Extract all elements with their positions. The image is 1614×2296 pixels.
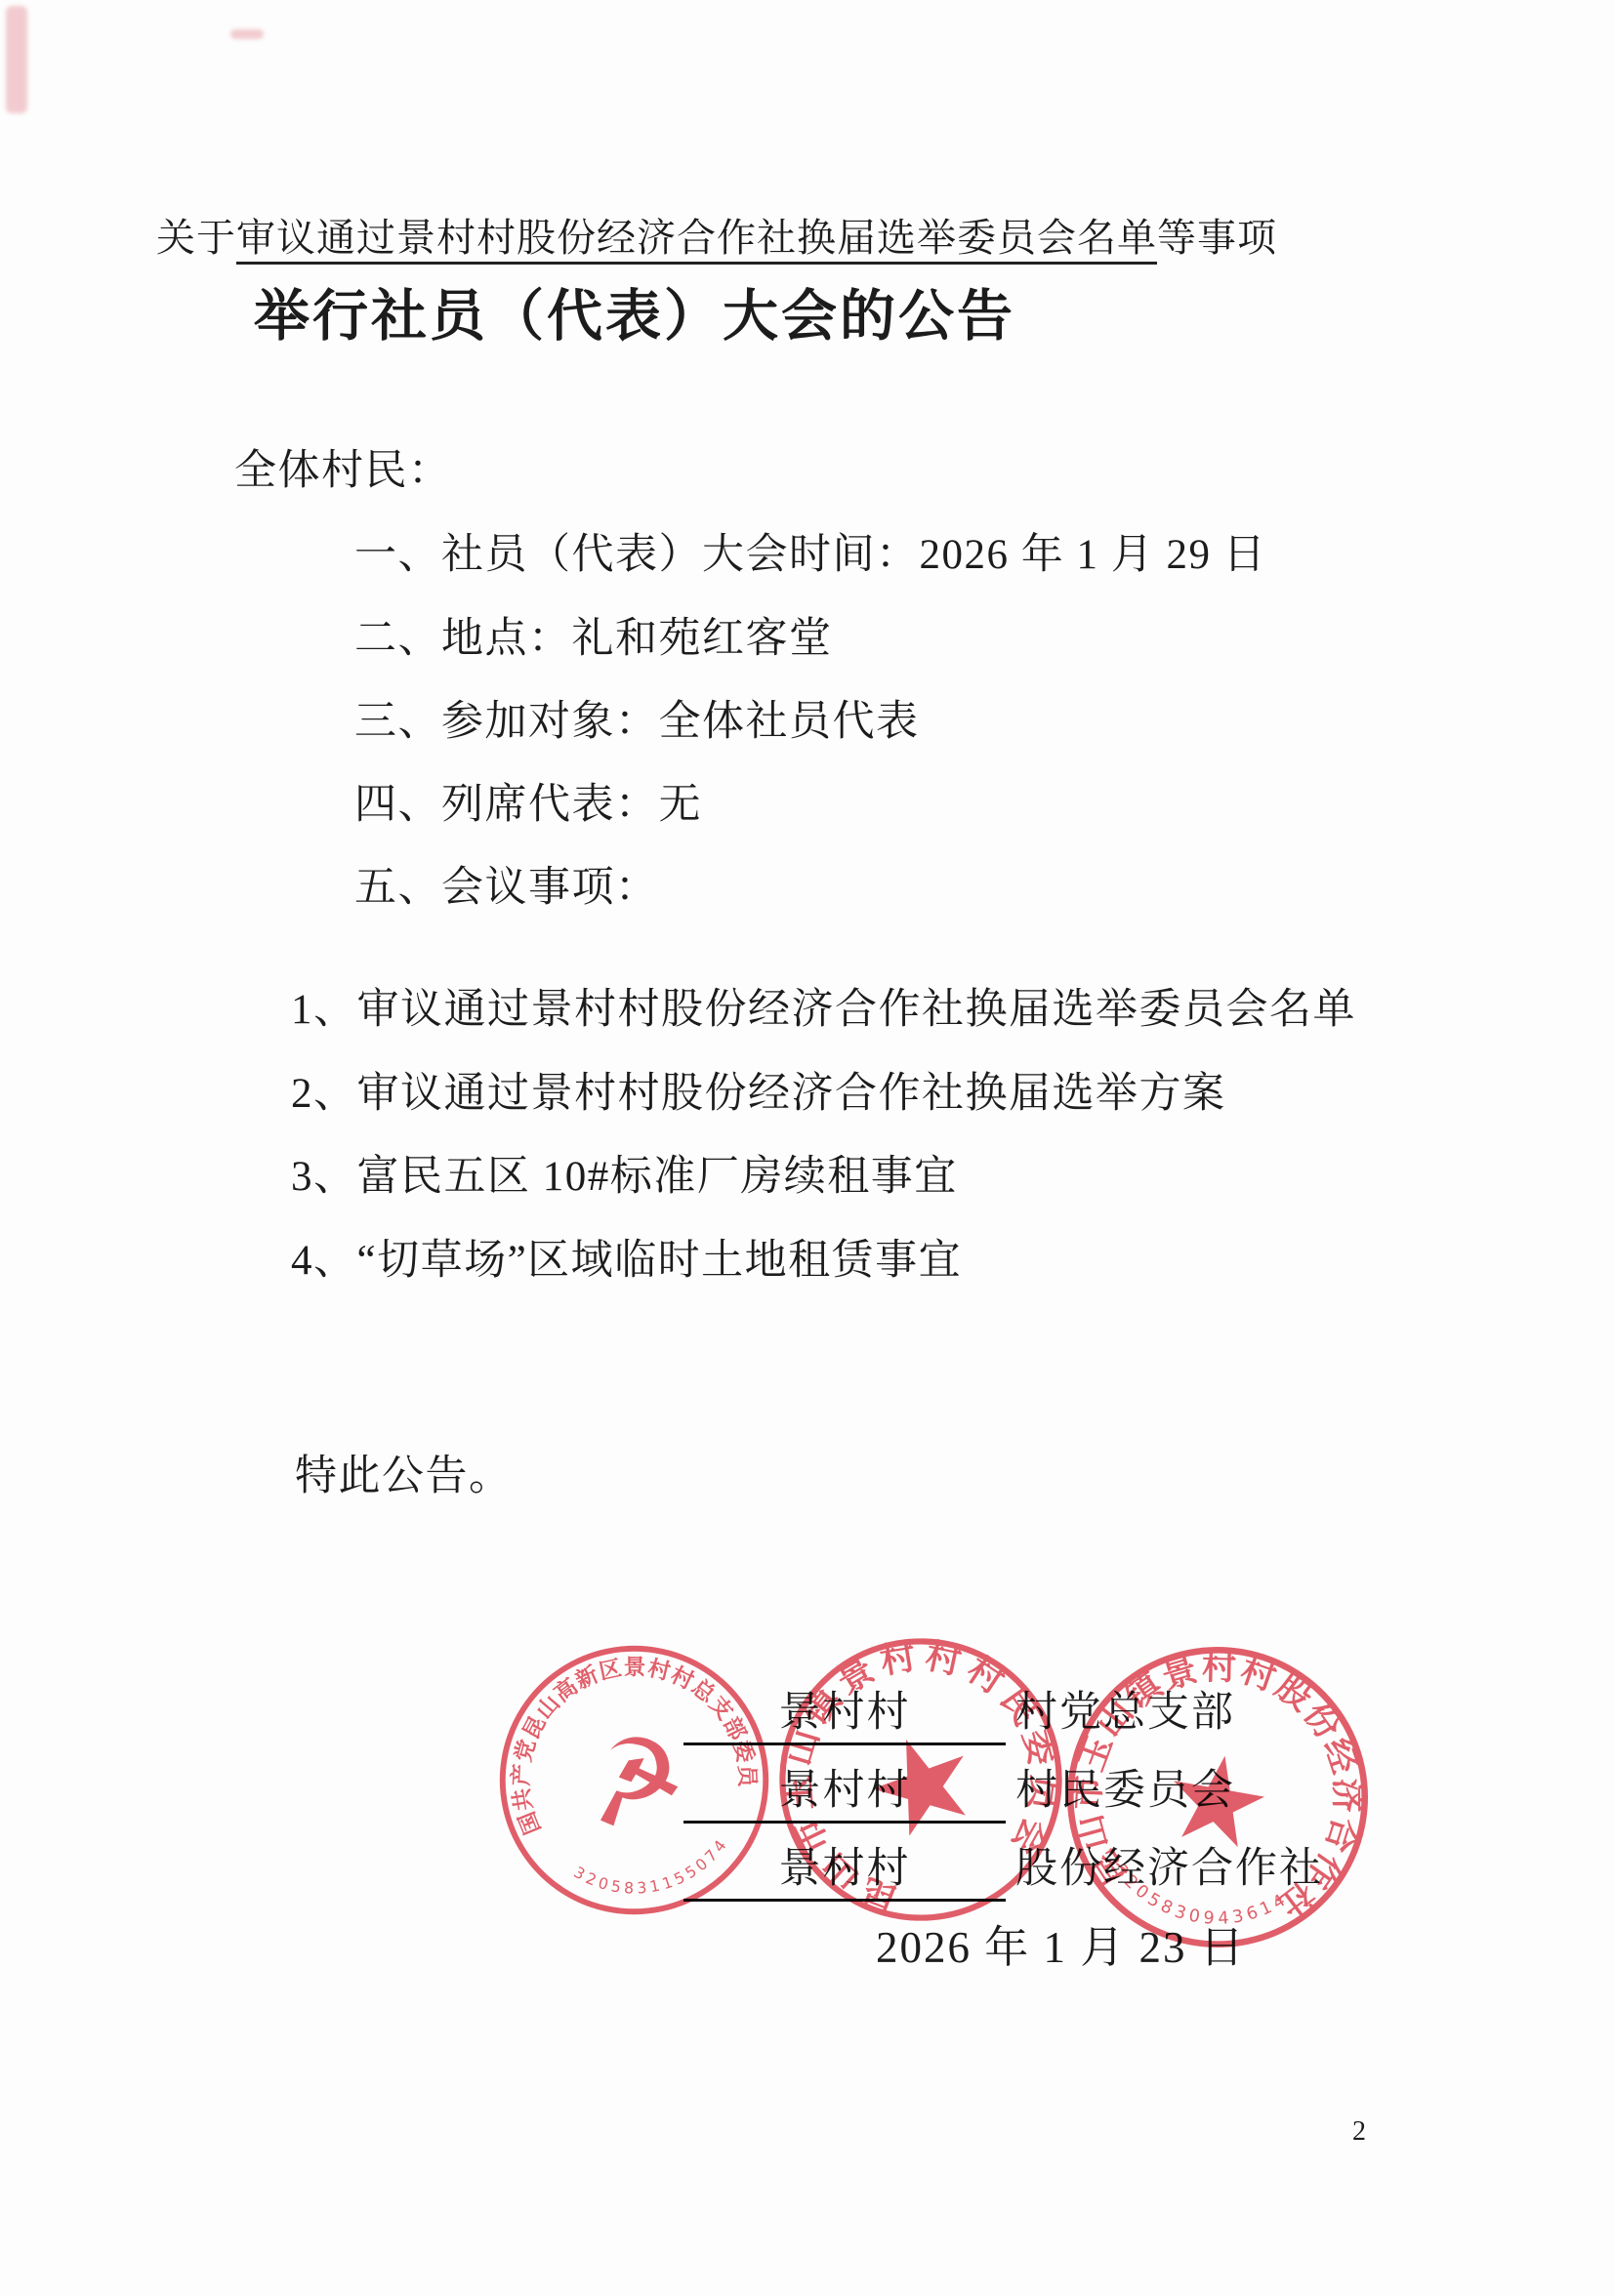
party-branch-seal: 中国共产党昆山高新区景村村总支部委员会 ☭ 3205831155074 [464,1610,806,1951]
greeting-line: 全体村民： [234,437,452,497]
agenda-item-3: 3、富民五区 10#标准厂房续租事宜 [291,1143,958,1203]
title-underlined-part: 审议通过景村村股份经济合作社换届选举委员会名单 [236,216,1157,265]
meeting-time-line: 一、社员（代表）大会时间：2026 年 1 月 29 日 [354,521,1266,581]
meeting-place-line: 二、地点：礼和苑红客堂 [354,605,833,665]
hammer-sickle-icon: ☭ [571,1706,698,1857]
page-number: 2 [1352,2116,1366,2148]
observers-line: 四、列席代表：无 [354,771,702,831]
star-icon: ★ [845,1697,1001,1873]
scan-artifact [6,6,27,113]
title-prefix: 关于 [156,216,236,260]
participants-line: 三、参加对象：全体社员代表 [354,688,920,748]
agenda-header-line: 五、会议事项： [354,854,659,914]
star-icon: ★ [1151,1724,1282,1880]
cooperative-seal-code: 3205830943614 [1103,1859,1295,1943]
svg-text:3205830943614: 3205830943614 [1103,1859,1295,1943]
cooperative-seal: 昆山市玉山镇景村村股份经济合作社 ★ 3205830943614 [1031,1611,1404,1984]
party-seal-graphic: 中国共产党昆山高新区景村村总支部委员会 ☭ 3205831155074 [464,1610,806,1951]
announcement-document-page: 关于审议通过景村村股份经济合作社换届选举委员会名单等事项 举行社员（代表）大会的… [0,0,1614,2296]
closing-line: 特此公告。 [295,1443,513,1502]
agenda-item-2: 2、审议通过景村村股份经济合作社换届选举方案 [291,1060,1226,1120]
document-main-title: 举行社员（代表）大会的公告 [156,271,1113,351]
agenda-item-4: 4、“切草场”区域临时土地租赁事宜 [291,1227,962,1287]
document-subject-title: 关于审议通过景村村股份经济合作社换届选举委员会名单等事项 [156,207,1113,263]
scan-artifact [230,29,264,39]
cooperative-seal-graphic: 昆山市玉山镇景村村股份经济合作社 ★ 3205830943614 [1031,1611,1404,1984]
title-suffix: 等事项 [1157,216,1277,260]
agenda-item-1: 1、审议通过景村村股份经济合作社换届选举委员会名单 [291,976,1356,1036]
